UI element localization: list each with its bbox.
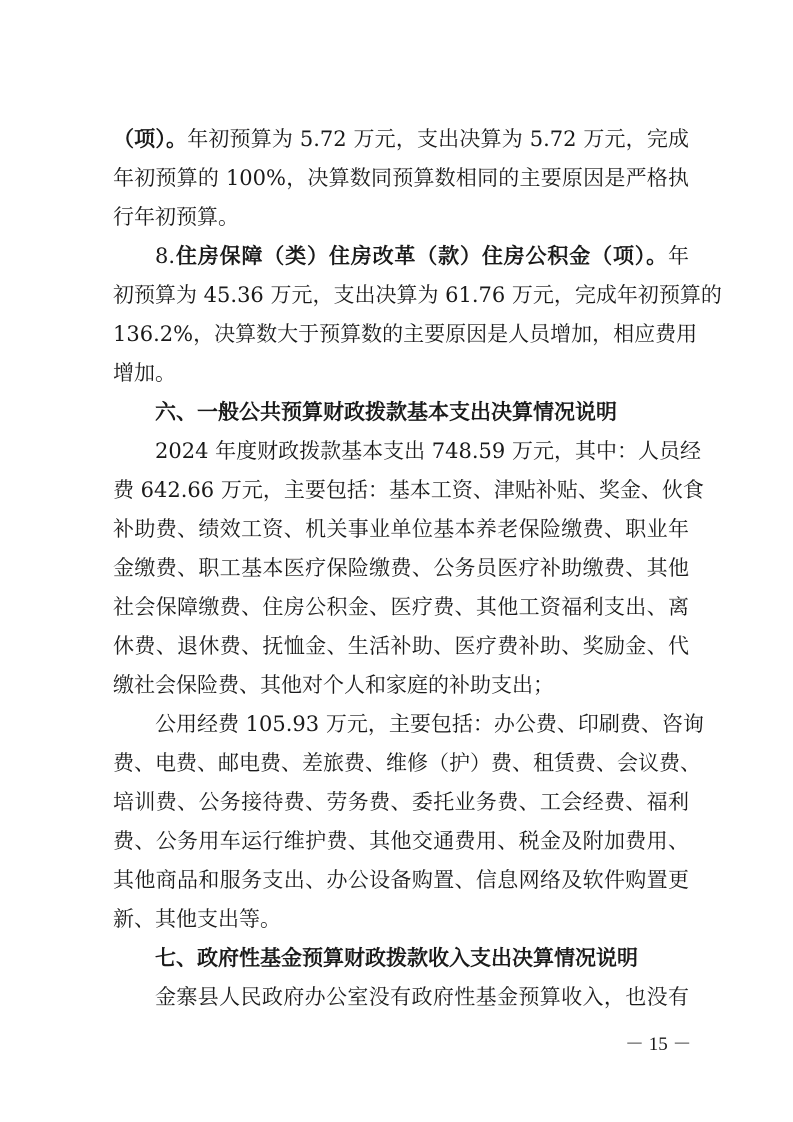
paragraph-line: 培训费、公务接待费、劳务费、委托业务费、工会经费、福利 xyxy=(113,790,689,814)
paragraph-line: 行年初预算。 xyxy=(113,205,689,229)
paragraph-line: 补助费、绩效工资、机关事业单位基本养老保险缴费、职业年 xyxy=(113,517,689,541)
item-title-tail: （项）。 xyxy=(113,127,187,151)
paragraph-line: 新、其他支出等。 xyxy=(113,907,689,931)
paragraph-line: 费 642.66 万元，主要包括：基本工资、津贴补贴、奖金、伙食 xyxy=(113,478,689,502)
paragraph-line: 金缴费、职工基本医疗保险缴费、公务员医疗补助缴费、其他 xyxy=(113,556,689,580)
paragraph-line: 其他商品和服务支出、办公设备购置、信息网络及软件购置更 xyxy=(113,868,689,892)
paragraph-line: 缴社会保险费、其他对个人和家庭的补助支出； xyxy=(113,673,689,697)
paragraph-line: 年初预算的 100%，决算数同预算数相同的主要原因是严格执 xyxy=(113,166,689,190)
paragraph-line: 2024 年度财政拨款基本支出 748.59 万元，其中：人员经 xyxy=(155,439,689,463)
paragraph-line: 休费、退休费、抚恤金、生活补助、医疗费补助、奖励金、代 xyxy=(113,634,689,658)
paragraph-line: 公用经费 105.93 万元，主要包括：办公费、印刷费、咨询 xyxy=(155,712,689,736)
paragraph-line: （项）。年初预算为 5.72 万元，支出决算为 5.72 万元，完成 xyxy=(113,127,689,151)
document-page: （项）。年初预算为 5.72 万元，支出决算为 5.72 万元，完成 年初预算的… xyxy=(0,0,793,1122)
section-6-heading: 六、一般公共预算财政拨款基本支出决算情况说明 xyxy=(155,400,689,424)
item-8-title-line: 8.住房保障（类）住房改革（款）住房公积金（项）。年 xyxy=(155,244,689,268)
paragraph-line: 金寨县人民政府办公室没有政府性基金预算收入，也没有 xyxy=(155,985,689,1009)
paragraph-line: 社会保障缴费、住房公积金、医疗费、其他工资福利支出、离 xyxy=(113,595,689,619)
section-7-heading: 七、政府性基金预算财政拨款收入支出决算情况说明 xyxy=(155,946,689,970)
paragraph-line: 136.2%，决算数大于预算数的主要原因是人员增加，相应费用 xyxy=(113,322,689,346)
page-number: － 15 － xyxy=(625,1034,692,1056)
paragraph-line: 费、公务用车运行维护费、其他交通费用、税金及附加费用、 xyxy=(113,829,689,853)
item-8-title: 住房保障（类）住房改革（款）住房公积金（项）。 xyxy=(175,244,668,268)
paragraph-line: 初预算为 45.36 万元，支出决算为 61.76 万元，完成年初预算的 xyxy=(113,283,689,307)
paragraph-line: 费、电费、邮电费、差旅费、维修（护）费、租赁费、会议费、 xyxy=(113,751,689,775)
paragraph-line: 增加。 xyxy=(113,361,689,385)
